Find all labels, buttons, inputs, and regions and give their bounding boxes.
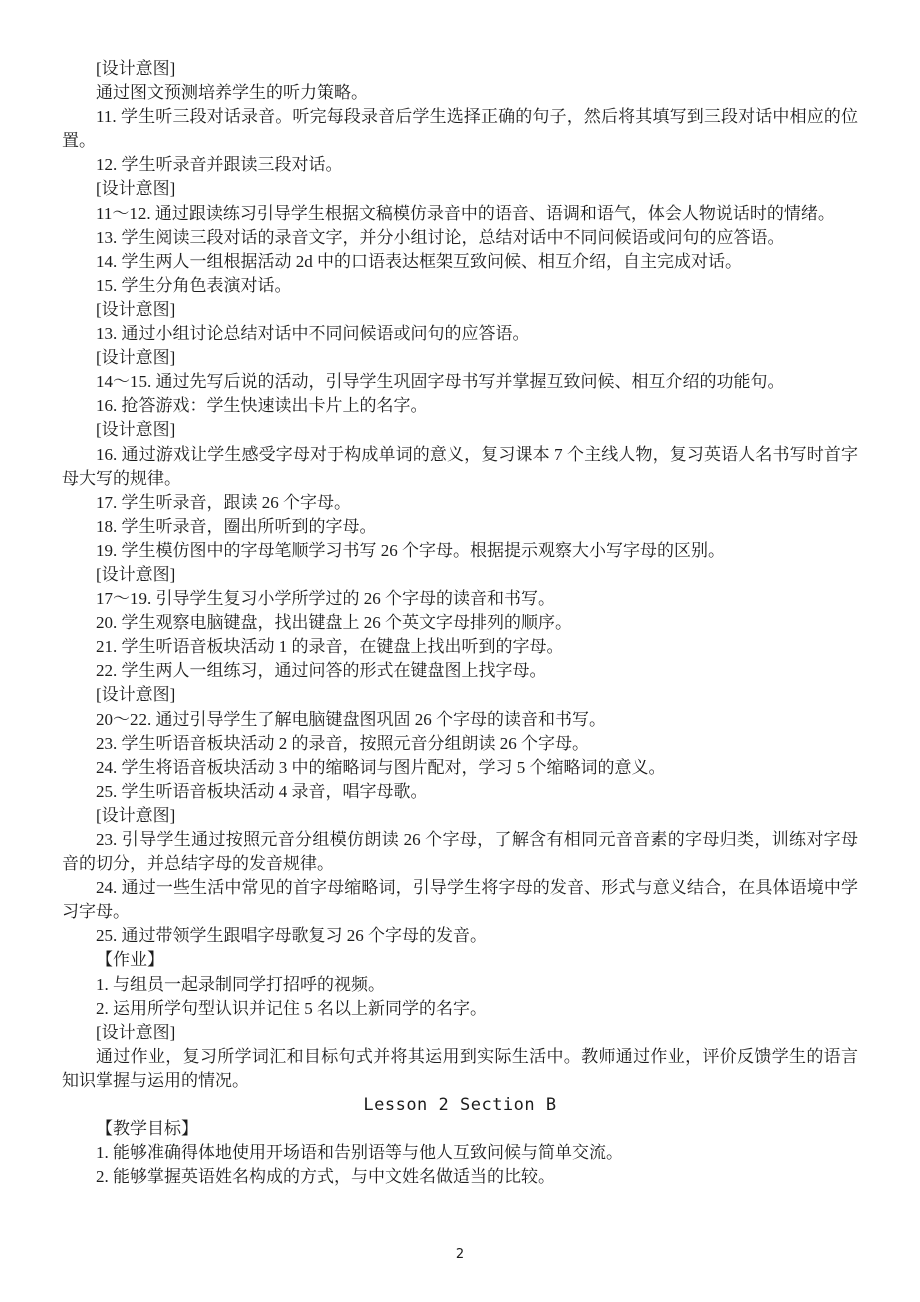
doc-paragraph: 24. 通过一些生活中常见的首字母缩略词，引导学生将字母的发音、形式与意义结合，… [62,876,858,924]
doc-paragraph: 17. 学生听录音，跟读 26 个字母。 [62,491,858,515]
doc-paragraph: 22. 学生两人一组练习，通过问答的形式在键盘图上找字母。 [62,659,858,683]
doc-paragraph: 14. 学生两人一组根据活动 2d 中的口语表达框架互致问候、相互介绍，自主完成… [62,250,858,274]
doc-paragraph: 23. 学生听语音板块活动 2 的录音，按照元音分组朗读 26 个字母。 [62,732,858,756]
doc-paragraph: 13. 学生阅读三段对话的录音文字，并分小组讨论，总结对话中不同问候语或问句的应… [62,226,858,250]
doc-paragraph: [设计意图] [62,418,858,442]
document-body: [设计意图] 通过图文预测培养学生的听力策略。 11. 学生听三段对话录音。听完… [62,57,858,1189]
doc-paragraph: 16. 抢答游戏：学生快速读出卡片上的名字。 [62,394,858,418]
section-heading: Lesson 2 Section B [62,1093,858,1117]
doc-paragraph: 13. 通过小组讨论总结对话中不同问候语或问句的应答语。 [62,322,858,346]
doc-paragraph: [设计意图] [62,683,858,707]
doc-paragraph: 24. 学生将语音板块活动 3 中的缩略词与图片配对，学习 5 个缩略词的意义。 [62,756,858,780]
doc-paragraph: 15. 学生分角色表演对话。 [62,274,858,298]
doc-paragraph: 通过图文预测培养学生的听力策略。 [62,81,858,105]
doc-paragraph: 25. 学生听语音板块活动 4 录音，唱字母歌。 [62,780,858,804]
doc-paragraph: 11. 学生听三段对话录音。听完每段录音后学生选择正确的句子，然后将其填写到三段… [62,105,858,153]
doc-paragraph: 14～15. 通过先写后说的活动，引导学生巩固字母书写并掌握互致问候、相互介绍的… [62,370,858,394]
doc-paragraph: [设计意图] [62,298,858,322]
doc-paragraph: 17～19. 引导学生复习小学所学过的 26 个字母的读音和书写。 [62,587,858,611]
doc-paragraph: 【教学目标】 [62,1117,858,1141]
doc-paragraph: [设计意图] [62,563,858,587]
page-number: 2 [0,1247,920,1262]
doc-paragraph: 19. 学生模仿图中的字母笔顺学习书写 26 个字母。根据提示观察大小写字母的区… [62,539,858,563]
document-page: [设计意图] 通过图文预测培养学生的听力策略。 11. 学生听三段对话录音。听完… [0,0,920,1302]
doc-paragraph: [设计意图] [62,177,858,201]
doc-paragraph: 18. 学生听录音，圈出所听到的字母。 [62,515,858,539]
doc-paragraph: 1. 与组员一起录制同学打招呼的视频。 [62,973,858,997]
doc-paragraph: [设计意图] [62,346,858,370]
doc-paragraph: 20～22. 通过引导学生了解电脑键盘图巩固 26 个字母的读音和书写。 [62,708,858,732]
doc-paragraph: [设计意图] [62,804,858,828]
doc-paragraph: [设计意图] [62,1021,858,1045]
doc-paragraph: 25. 通过带领学生跟唱字母歌复习 26 个字母的发音。 [62,924,858,948]
doc-paragraph: 2. 能够掌握英语姓名构成的方式，与中文姓名做适当的比较。 [62,1165,858,1189]
doc-paragraph: 【作业】 [62,948,858,972]
doc-paragraph: 1. 能够准确得体地使用开场语和告别语等与他人互致问候与简单交流。 [62,1141,858,1165]
doc-paragraph: 20. 学生观察电脑键盘，找出键盘上 26 个英文字母排列的顺序。 [62,611,858,635]
doc-paragraph: 11～12. 通过跟读练习引导学生根据文稿模仿录音中的语音、语调和语气，体会人物… [62,202,858,226]
doc-paragraph: 通过作业，复习所学词汇和目标句式并将其运用到实际生活中。教师通过作业，评价反馈学… [62,1045,858,1093]
doc-paragraph: [设计意图] [62,57,858,81]
doc-paragraph: 23. 引导学生通过按照元音分组模仿朗读 26 个字母，了解含有相同元音音素的字… [62,828,858,876]
doc-paragraph: 21. 学生听语音板块活动 1 的录音，在键盘上找出听到的字母。 [62,635,858,659]
doc-paragraph: 16. 通过游戏让学生感受字母对于构成单词的意义，复习课本 7 个主线人物，复习… [62,443,858,491]
doc-paragraph: 2. 运用所学句型认识并记住 5 名以上新同学的名字。 [62,997,858,1021]
doc-paragraph: 12. 学生听录音并跟读三段对话。 [62,153,858,177]
